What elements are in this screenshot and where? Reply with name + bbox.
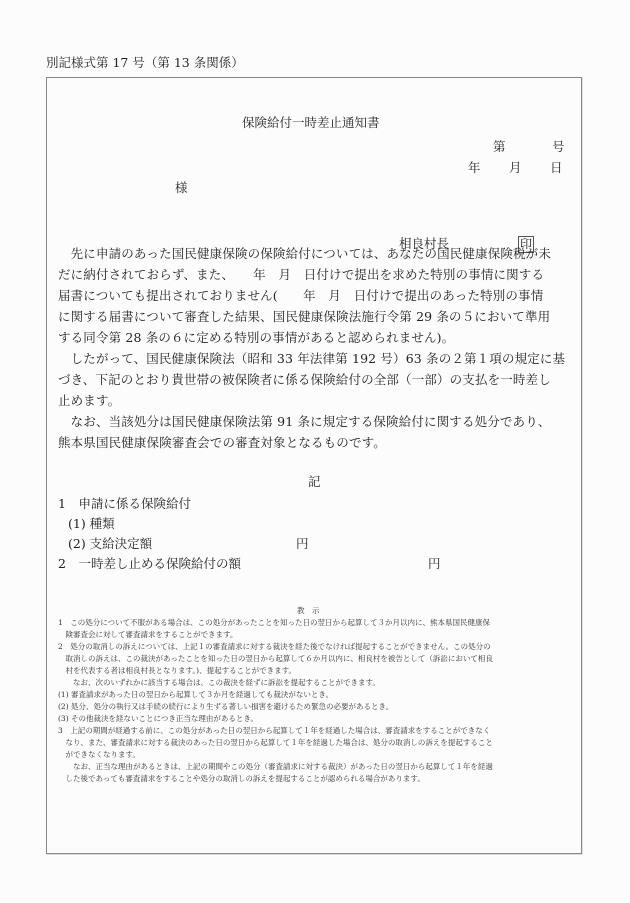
doc-number-prefix: 第 xyxy=(493,137,506,155)
body-line: したがって、国民健康保険法（昭和 33 年法律第 192 号）63 条の２第１項… xyxy=(58,349,565,367)
item-2-label: 2 一時差し止める保険給付の額 xyxy=(58,554,241,572)
body-line: 届書についても提出されておりません( 年 月 日付けで提出のあった特別の事情 xyxy=(58,286,543,304)
date-year: 年 xyxy=(468,158,481,176)
body-line: なお、当該処分は国民健康保険法第 91 条に規定する保険給付に関する処分であり、 xyxy=(58,412,551,430)
item-1-2-unit: 円 xyxy=(296,534,309,552)
document-title: 保険給付一時差止通知書 xyxy=(242,113,380,131)
note-line: 2 処分の取消しの訴えについては、上記１の審査請求に対する裁決を経た後でなければ… xyxy=(58,641,491,652)
note-line: した後であっても審査請求をすることや処分の取消しの訴えを提起することが認められる… xyxy=(58,773,425,784)
body-line: に関する届書について審査した結果、国民健康保険法施行令第 29 条の５において準… xyxy=(58,307,550,325)
body-line: 先に申請のあった国民健康保険の保険給付については、あなたの国民健康保険税が未 xyxy=(58,244,551,262)
note-line: ができなくなります。 xyxy=(58,749,140,760)
date-month: 月 xyxy=(509,158,522,176)
note-line: なり、また、審査請求に対する裁決のあった日の翌日から起算して１年を経過した場合は… xyxy=(58,737,493,748)
body-line: 止めます。 xyxy=(58,391,120,409)
notes-heading: 教 示 xyxy=(297,605,320,616)
note-line: なお、次のいずれかに該当する場合は、この裁決を経ずに訴訟を提起することができます… xyxy=(58,677,380,688)
form-identifier: 別記様式第 17 号（第 13 条関係） xyxy=(46,53,244,71)
doc-number-suffix: 号 xyxy=(552,137,565,155)
item-1-label: 1 申請に係る保険給付 xyxy=(58,494,191,512)
note-line: (2) 処分、処分の執行又は手続の続行により生ずる著しい損害を避けるため緊急の必… xyxy=(58,701,393,712)
body-line: づき、下記のとおり貴世帯の被保険者に係る保険給付の全部（一部）の支払を一時差し xyxy=(58,370,551,388)
note-line: (3) その他裁決を経ないことにつき正当な理由があるとき。 xyxy=(58,713,258,724)
note-line: なお、正当な理由があるときは、上記の期間やこの処分（審査請求に対する裁決）があっ… xyxy=(58,761,493,772)
note-line: 取消しの訴えは、この裁決があったことを知った日の翌日から起算して６か月以内に、相… xyxy=(58,653,493,664)
body-line: だに納付されておらず、また、 年 月 日付けで提出を求めた特別の事情に関する xyxy=(58,265,544,283)
note-line: 村を代表する者は相良村長となります。)、提起することができます。 xyxy=(58,665,296,676)
body-line: する同令第 28 条の６に定める特別の事情があると認められません)。 xyxy=(58,328,454,346)
item-1-2-label: (2) 支給決定額 xyxy=(68,534,152,552)
item-1-1-label: (1) 種類 xyxy=(68,514,115,532)
addressee-suffix: 様 xyxy=(175,178,188,196)
note-line: (1) 審査請求があった日の翌日から起算して３か月を経過しても裁決がないとき。 xyxy=(58,689,333,700)
item-2-unit: 円 xyxy=(428,554,441,572)
body-line: 熊本県国民健康保険審査会での審査対象となるものです。 xyxy=(58,433,386,451)
date-day: 日 xyxy=(550,158,563,176)
record-heading: 記 xyxy=(308,472,321,490)
note-line: 1 この処分について不服がある場合は、この処分があったことを知った日の翌日から起… xyxy=(58,617,490,628)
note-line: 険審査会に対して審査請求をすることができます。 xyxy=(58,629,237,640)
note-line: 3 上記の期間が経過する前に、この処分があった日の翌日から起算して１年を経過した… xyxy=(58,725,490,736)
